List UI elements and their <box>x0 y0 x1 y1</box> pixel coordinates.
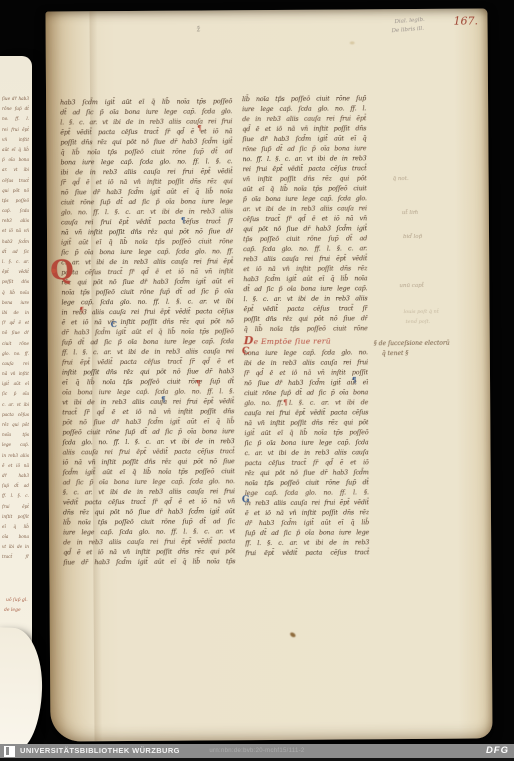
script-line: vt ibi de in <box>2 542 29 552</box>
script-line: l. §. c. ar. <box>2 257 29 267</box>
script-line: ſic p̄ oīa <box>2 389 29 399</box>
margin-note: q̄ tenet § <box>382 350 409 357</box>
text-column-right-upper: lib̄ noīa tp̄s poſſeō ciuit rōne ſup̄iur… <box>242 93 368 334</box>
script-line: cauſa rei frui <box>2 359 29 369</box>
script-line: et iō nā vn̄ <box>2 226 29 236</box>
script-line: c. ar. vt ibi <box>2 400 29 410</box>
margin-note: tend̄ poſt. <box>406 319 431 325</box>
pencil-annotation-line2: De libris ill. <box>391 26 424 34</box>
colored-initial: C <box>242 347 250 357</box>
script-line: reb3 aliis <box>2 216 29 226</box>
pilcrow-mark: ¶ <box>352 376 357 383</box>
script-line: qui pōt nō <box>2 186 29 196</box>
script-line: rōne ſup̄ dt̄ <box>2 104 29 114</box>
facing-page-bottom-corner <box>0 627 44 751</box>
rubrication-marks-layer: ¶¶¶C¶¶¶¶GC● <box>45 8 487 11</box>
margin-note: q̄ not. <box>393 176 409 182</box>
script-line: q̄ lib̄ noīa <box>2 288 29 298</box>
margin-note: § de ſucceſsione electorū <box>374 340 450 348</box>
script-line: noīa tp̄s poſſeō <box>2 430 29 440</box>
script-line: ibi de in reb3 <box>2 308 29 318</box>
script-line: rēz qui pōt <box>2 420 29 430</box>
script-line: oīa bona iure <box>2 532 29 542</box>
facing-edge-note: uō ſup̄ gl. <box>6 598 28 603</box>
manuscript-leaf: 167. Dial. legib. De libris ill. z̄ hab3… <box>45 8 492 741</box>
script-line: p̄ oīa bona <box>2 155 29 165</box>
script-line: cap̄. ſcda <box>2 206 29 216</box>
top-margin-mark: z̄ <box>196 25 201 34</box>
margin-note: ut̄ lim̄ <box>402 210 418 216</box>
script-line: frui ēpt̄ vēdit̄ pacta cēſus tract̄ <box>245 547 369 558</box>
parchment-stain <box>289 631 296 638</box>
script-line: eī q̄ lib̄ <box>2 522 29 532</box>
pilcrow-mark: ¶ <box>197 124 202 131</box>
script-line: bona iure lege <box>2 298 29 308</box>
script-line: poſſit dn̄s <box>2 277 29 287</box>
margin-note: unū capt̄ <box>399 283 424 289</box>
pilcrow-mark: ¶ <box>80 306 85 313</box>
text-column-right-lower: bona iure lege cap̄. ſcda glo. no.ibi de… <box>244 347 369 558</box>
facing-edge-note: de lege <box>4 608 21 613</box>
script-line: nō ſiue dr̄ <box>2 328 29 338</box>
script-line: ar. vt ibi <box>2 165 29 175</box>
script-line: in reb3 aliis <box>2 451 29 461</box>
colored-initial: ● <box>51 268 56 274</box>
script-line: aūt eī q̄ lib̄ <box>2 145 29 155</box>
text-column-left: hab3 ſcd̄m igit̄ aūt eī q̄ lib̄ noīa tp̄… <box>60 96 235 567</box>
script-line: tp̄s poſſeō <box>2 196 29 206</box>
script-line: ſiue dr̄ hab3 ſcd̄m igit̄ aūt eī q̄ lib̄… <box>63 556 235 567</box>
digitized-manuscript-scan: ſiue dr̄ hab3rōne ſup̄ dt̄no. ff. l.rei … <box>0 0 514 761</box>
dfg-logo: DFG <box>486 744 509 758</box>
footer-bar: UNIVERSITÄTSBIBLIOTHEK WÜRZBURG urn:nbn:… <box>0 744 514 758</box>
colored-initial: C <box>111 320 117 328</box>
script-line: cēſus tract̄ <box>2 176 29 186</box>
script-line: ēpt̄ vēdit̄ <box>2 267 29 277</box>
script-line: dt̄ ad ſic <box>2 247 29 257</box>
script-line: pacta cēſus <box>2 410 29 420</box>
script-line: lege cap̄. <box>2 440 29 450</box>
script-line: vn̄ inſtit <box>2 135 29 145</box>
facing-page-text-column: ſiue dr̄ hab3rōne ſup̄ dt̄no. ff. l.rei … <box>2 94 29 563</box>
pilcrow-mark: ¶ <box>283 399 288 406</box>
pencil-annotation-line1: Dial. legib. <box>394 17 425 25</box>
script-line: ff. l. §. c. <box>2 491 29 501</box>
script-line: dr̄ hab3 ſcd̄m <box>2 471 29 481</box>
margin-note: bid̄ lop̄ <box>403 234 422 240</box>
script-line: glo. no. ff. <box>2 349 29 359</box>
script-line: ē et iō nā <box>2 461 29 471</box>
pilcrow-mark: ¶ <box>181 217 186 224</box>
script-line: ſiue dr̄ hab3 <box>2 94 29 104</box>
colored-initial: G <box>242 496 250 505</box>
script-line: ſup̄ dt̄ ad <box>2 481 29 491</box>
urn-identifier: urn:nbn:de:bvb:20-mchf15/111-2 <box>0 744 514 758</box>
script-line: ciuit rōne <box>2 339 29 349</box>
pilcrow-mark: ¶ <box>161 396 166 403</box>
script-line: rei frui ēpt̄ <box>2 125 29 135</box>
margin-note: louis poſt q̄ nt̄ <box>404 309 439 315</box>
margin-notes-layer: q̄ not.ut̄ lim̄bid̄ lop̄unū capt̄louis p… <box>45 8 487 11</box>
script-line: igit̄ aūt eī <box>2 379 29 389</box>
script-line: inſtit poſſit <box>2 512 29 522</box>
script-line: hab3 ſcd̄m <box>2 237 29 247</box>
script-line: tract̄ ſr̄ <box>2 552 29 562</box>
folio-number: 167. <box>453 15 478 28</box>
script-line: nā vn̄ inſtit <box>2 369 29 379</box>
rubric-heading: De Emptōe ſiue rerū <box>244 333 368 347</box>
script-line: frui ēpt̄ vēdit̄ <box>2 502 29 512</box>
script-line: no. ff. l. <box>2 114 29 124</box>
parchment-stain <box>350 41 355 44</box>
pilcrow-mark: ¶ <box>196 379 201 386</box>
script-line: ſr̄ qd̄ ē et <box>2 318 29 328</box>
